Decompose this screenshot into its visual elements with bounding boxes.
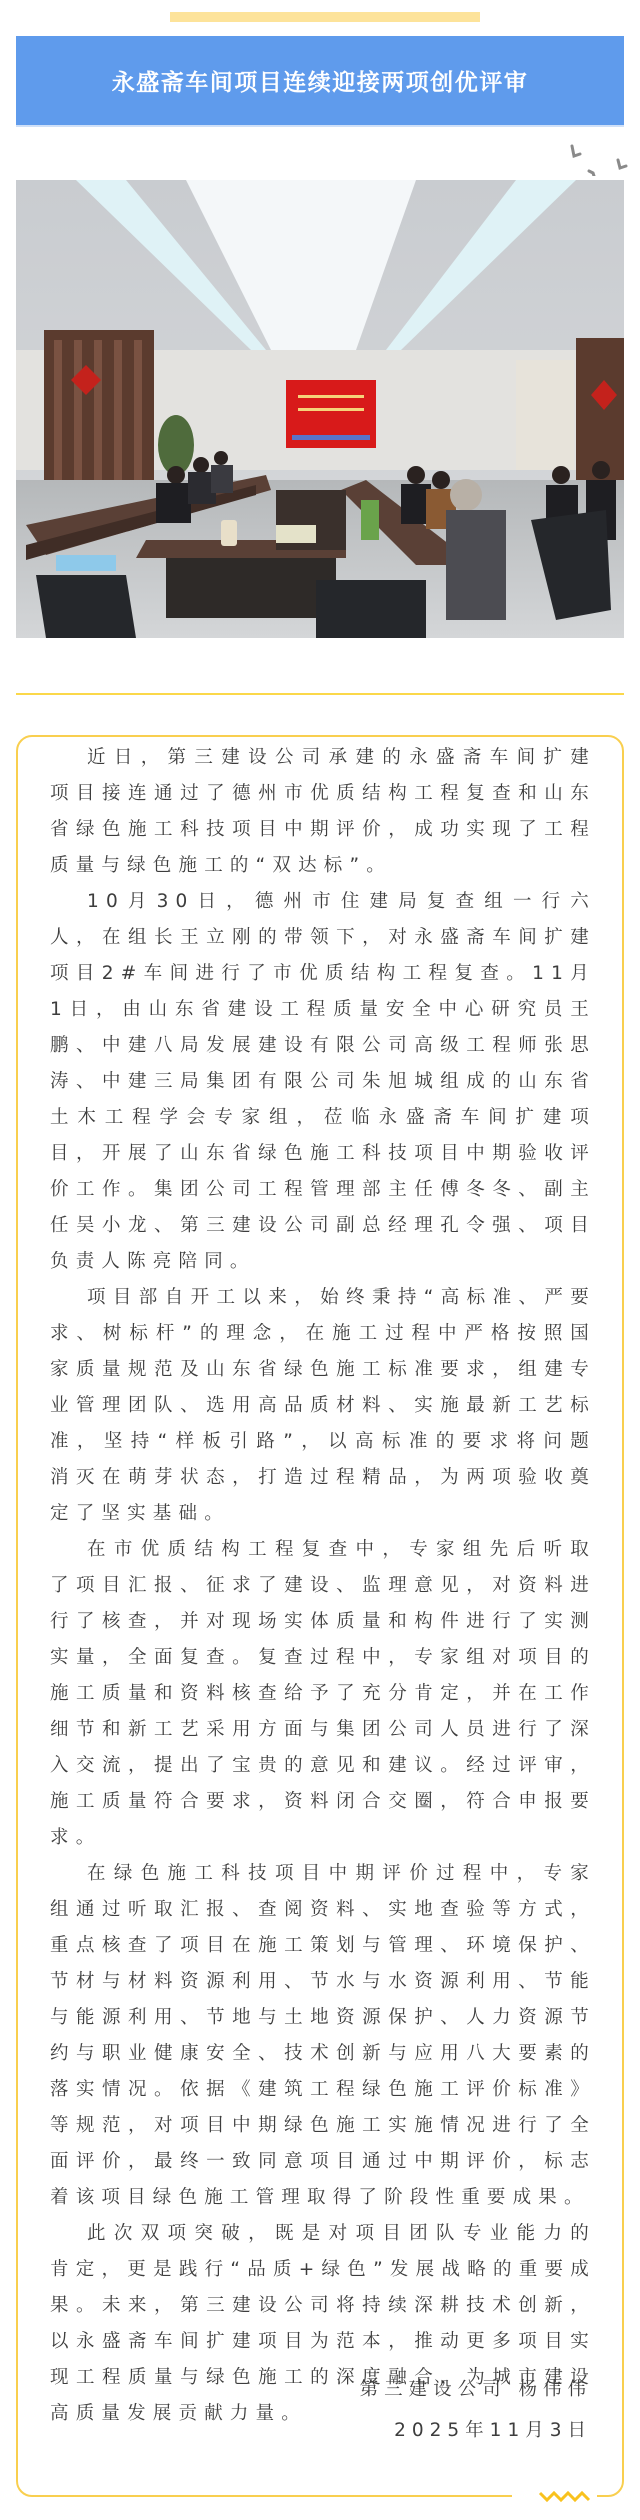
title-banner: 永盛斋车间项目连续迎接两项创优评审 (16, 36, 624, 127)
paragraph-structure-review: 在市优质结构工程复查中，专家组先后听取了项目汇报、征求了建设、监理意见，对资料进… (50, 1532, 596, 1856)
paragraph-inspection: 10月30日，德州市住建局复查组一行六人，在组长王立刚的带领下，对永盛斋车间扩建… (50, 884, 596, 1280)
meeting-room-illustration (16, 180, 624, 638)
meeting-photo (16, 180, 624, 638)
signature-date: 2025年11月3日 (394, 2416, 592, 2442)
section-divider (16, 693, 624, 695)
signature-author: 第三建设公司 杨伟伟 (360, 2375, 592, 2401)
top-accent-bar (170, 12, 480, 22)
paragraph-standards: 项目部自开工以来，始终秉持“高标准、严要求、树标杆”的理念，在施工过程中严格按照… (50, 1280, 596, 1532)
birds-decoration-icon (530, 136, 630, 176)
article-body: 近日，第三建设公司承建的永盛斋车间扩建项目接连通过了德州市优质结构工程复查和山东… (50, 740, 596, 2432)
paragraph-green-review: 在绿色施工科技项目中期评价过程中，专家组通过听取汇报、查阅资料、实地查验等方式，… (50, 1856, 596, 2216)
paragraph-intro: 近日，第三建设公司承建的永盛斋车间扩建项目接连通过了德州市优质结构工程复查和山东… (50, 740, 596, 884)
zigzag-decoration-icon (538, 2490, 594, 2504)
page-title: 永盛斋车间项目连续迎接两项创优评审 (112, 64, 529, 97)
